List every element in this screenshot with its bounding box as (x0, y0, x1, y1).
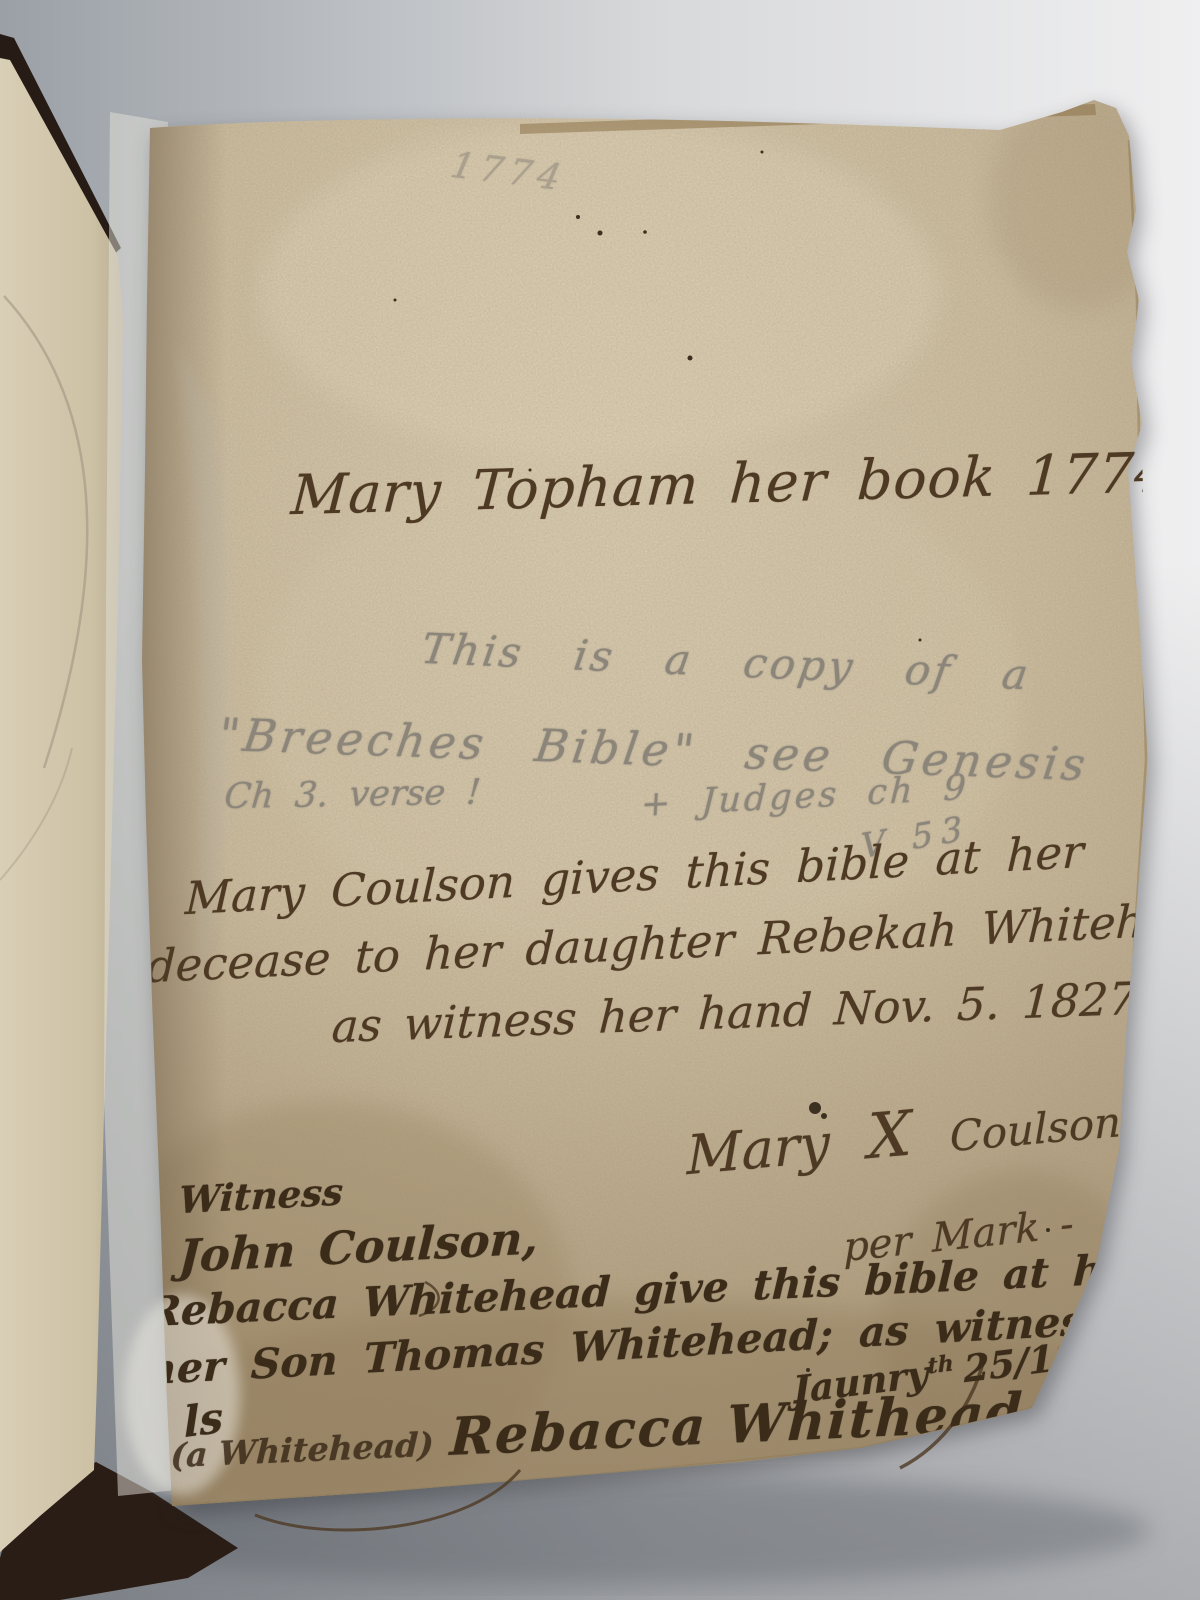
witness-label: Witness (178, 1173, 344, 1219)
inscription-ownership-line: Mary Topham her book 1774 (290, 445, 1173, 523)
bottom-line-fragment: (a Whitehead) (170, 1428, 435, 1473)
inscription-top-year: 1774 (447, 148, 569, 197)
pencil-note-line1: This is a copy of a (419, 628, 1034, 696)
bequest-1827-line3: as witness her hand Nov. 5. 1827 (331, 976, 1138, 1049)
signature-first-name: Mary (686, 1116, 830, 1183)
pencil-note-line3-left: Ch 3. verse ! (223, 776, 482, 816)
date-1844-superscript: th (927, 1352, 954, 1377)
signature-mark: X (867, 1102, 912, 1168)
signature-line: Mary X Coulson (686, 1084, 1121, 1184)
witness-name: John Coulson, (178, 1215, 540, 1279)
signature-surname: Coulson (949, 1101, 1121, 1158)
photo-of-antique-bible-flyleaf: 1774 Mary Topham her book 1774 This is a… (0, 0, 1200, 1600)
handwriting-layer: 1774 Mary Topham her book 1774 This is a… (0, 0, 1200, 1600)
